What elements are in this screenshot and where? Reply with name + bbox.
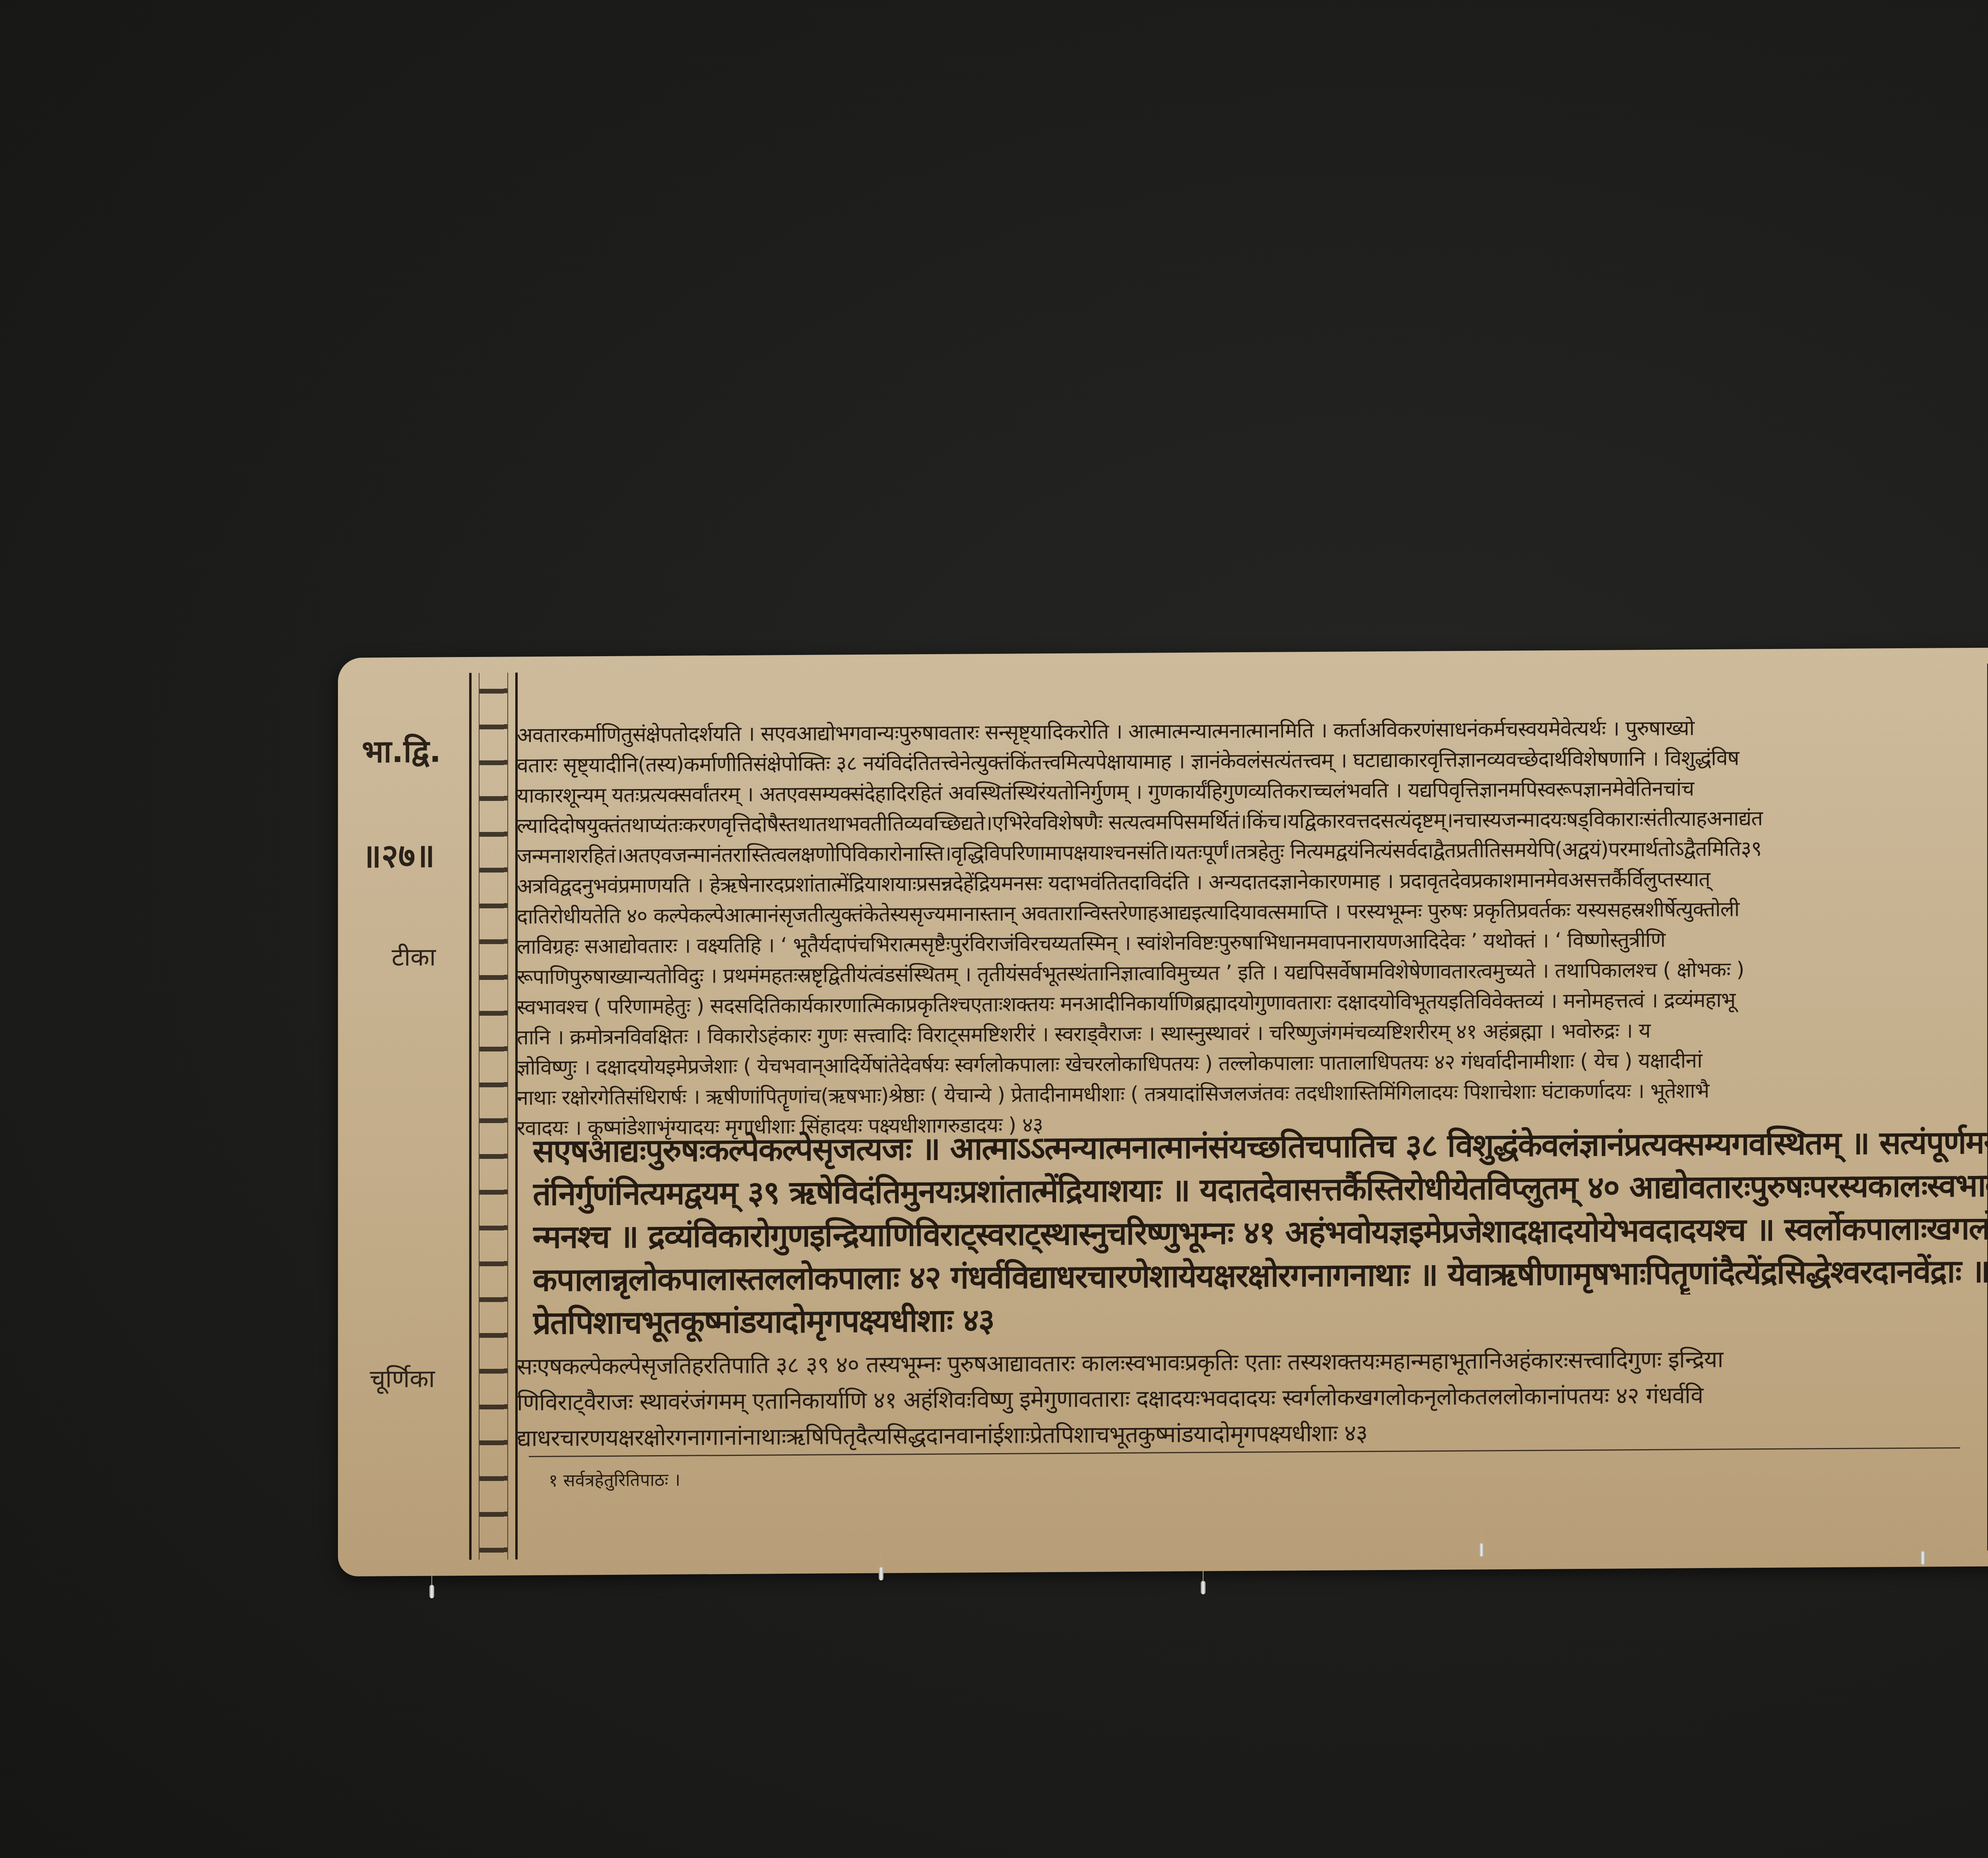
manuscript-folio: भा.द्वि. ॥२७॥ टीका चूर्णिका अवतारकर्माणि…: [338, 647, 1988, 1576]
vine-ornament-icon: [479, 672, 508, 1559]
verse-line: कपालान्नृलोकपालास्तललोकपालाः ४२ गंधर्ववि…: [533, 1250, 1988, 1302]
commentary-section-label: टीका: [392, 940, 436, 974]
footnote: १ सर्वत्रहेतुरितिपाठः ।: [549, 1467, 680, 1492]
left-ornamental-border: [469, 672, 518, 1560]
churnika-section-label: चूर्णिका: [370, 1361, 435, 1395]
mounting-pin-icon: [1479, 1543, 1484, 1557]
churnika-block: सःएषकल्पेकल्पेसृजतिहरतिपाति ३८ ३९ ४० तस्…: [517, 1340, 1988, 1456]
left-margin: भा.द्वि. ॥२७॥ टीका चूर्णिका: [338, 657, 469, 1576]
text-title-abbrev: भा.द्वि.: [362, 729, 441, 771]
mounting-pin-icon: [1920, 1551, 1925, 1565]
main-text-area: अवतारकर्माणितुसंक्षेपतोदर्शयति । सएवआद्य…: [513, 648, 1988, 1576]
mounting-pin-icon: [1201, 1581, 1206, 1594]
verse-line: प्रेतपिशाचभूतकूष्मांडयादोमृगपक्ष्यधीशाः …: [533, 1293, 1988, 1345]
mula-verse-block: सएषआद्यःपुरुषःकल्पेकल्पेसृजत्यजः ॥ आत्मा…: [533, 1121, 1988, 1345]
left-page-number: ॥२७॥: [362, 832, 435, 877]
mounting-pin-icon: [879, 1567, 883, 1580]
commentary-block: अवतारकर्माणितुसंक्षेपतोदर्शयति । सएवआद्य…: [517, 711, 1988, 1144]
mounting-pin-icon: [429, 1585, 434, 1598]
